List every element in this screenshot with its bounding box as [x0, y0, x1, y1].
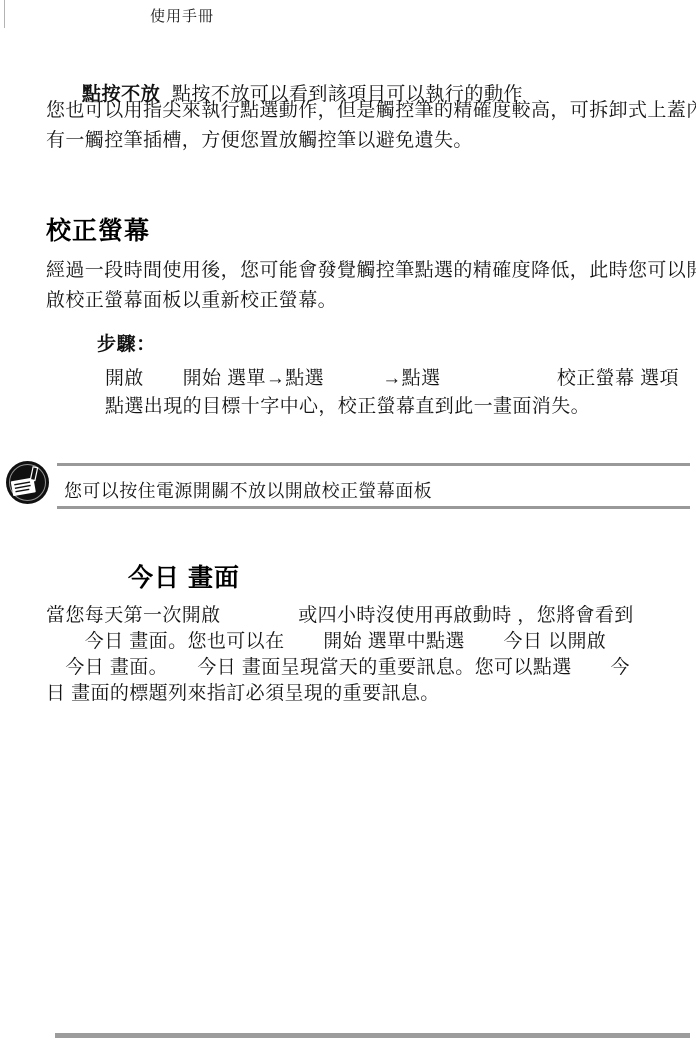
- note-rule-top: [57, 463, 690, 466]
- note-text: 您可以按住電源開關不放以開啟校正螢幕面板: [64, 477, 432, 503]
- para-stylus-line1: 您也可以用指尖來執行點選動作，但是觸控筆的精確度較高，可拆卸式上蓋內: [46, 99, 696, 123]
- para-today-line3: 今日 畫面。 今日 畫面呈現當天的重要訊息。您可以點選 今: [46, 656, 630, 680]
- note-rule-bottom: [57, 506, 690, 509]
- running-header: 使用手冊: [150, 5, 214, 26]
- step-line1: 開啟 開始 選單→點選 →點選 校正螢幕 選項: [105, 367, 679, 391]
- steps-label: 步驟：: [97, 329, 156, 356]
- step-line2: 點選出現的目標十字中心，校正螢幕直到此一畫面消失。: [105, 395, 590, 419]
- page-edge-tick: [4, 0, 5, 28]
- section-title-calibrate: 校正螢幕: [46, 211, 150, 247]
- section-title-today: 今日 畫面: [128, 558, 240, 594]
- para-today-line1: 當您每天第一次開啟 或四小時沒使用再啟動時 ，您將會看到: [46, 604, 634, 628]
- para-stylus-line2: 有一觸控筆插槽，方便您置放觸控筆以避免遺失。: [46, 129, 473, 153]
- notepad-icon-svg: [5, 460, 50, 505]
- para-today-line2: 今日 畫面。您也可以在 開始 選單中點選 今日 以開啟: [46, 630, 606, 654]
- footer-rule: [55, 1033, 690, 1038]
- para-calibrate-line2: 啟校正螢幕面板以重新校正螢幕。: [46, 289, 337, 313]
- para-today-line4: 日 畫面的標題列來指訂必須呈現的重要訊息。: [46, 682, 440, 706]
- para-calibrate-line1: 經過一段時間使用後，您可能會發覺觸控筆點選的精確度降低，此時您可以開: [46, 259, 696, 283]
- notepad-icon: [5, 460, 50, 505]
- manual-page: { "page": { "running_header": "使用手冊", "t…: [0, 0, 696, 1045]
